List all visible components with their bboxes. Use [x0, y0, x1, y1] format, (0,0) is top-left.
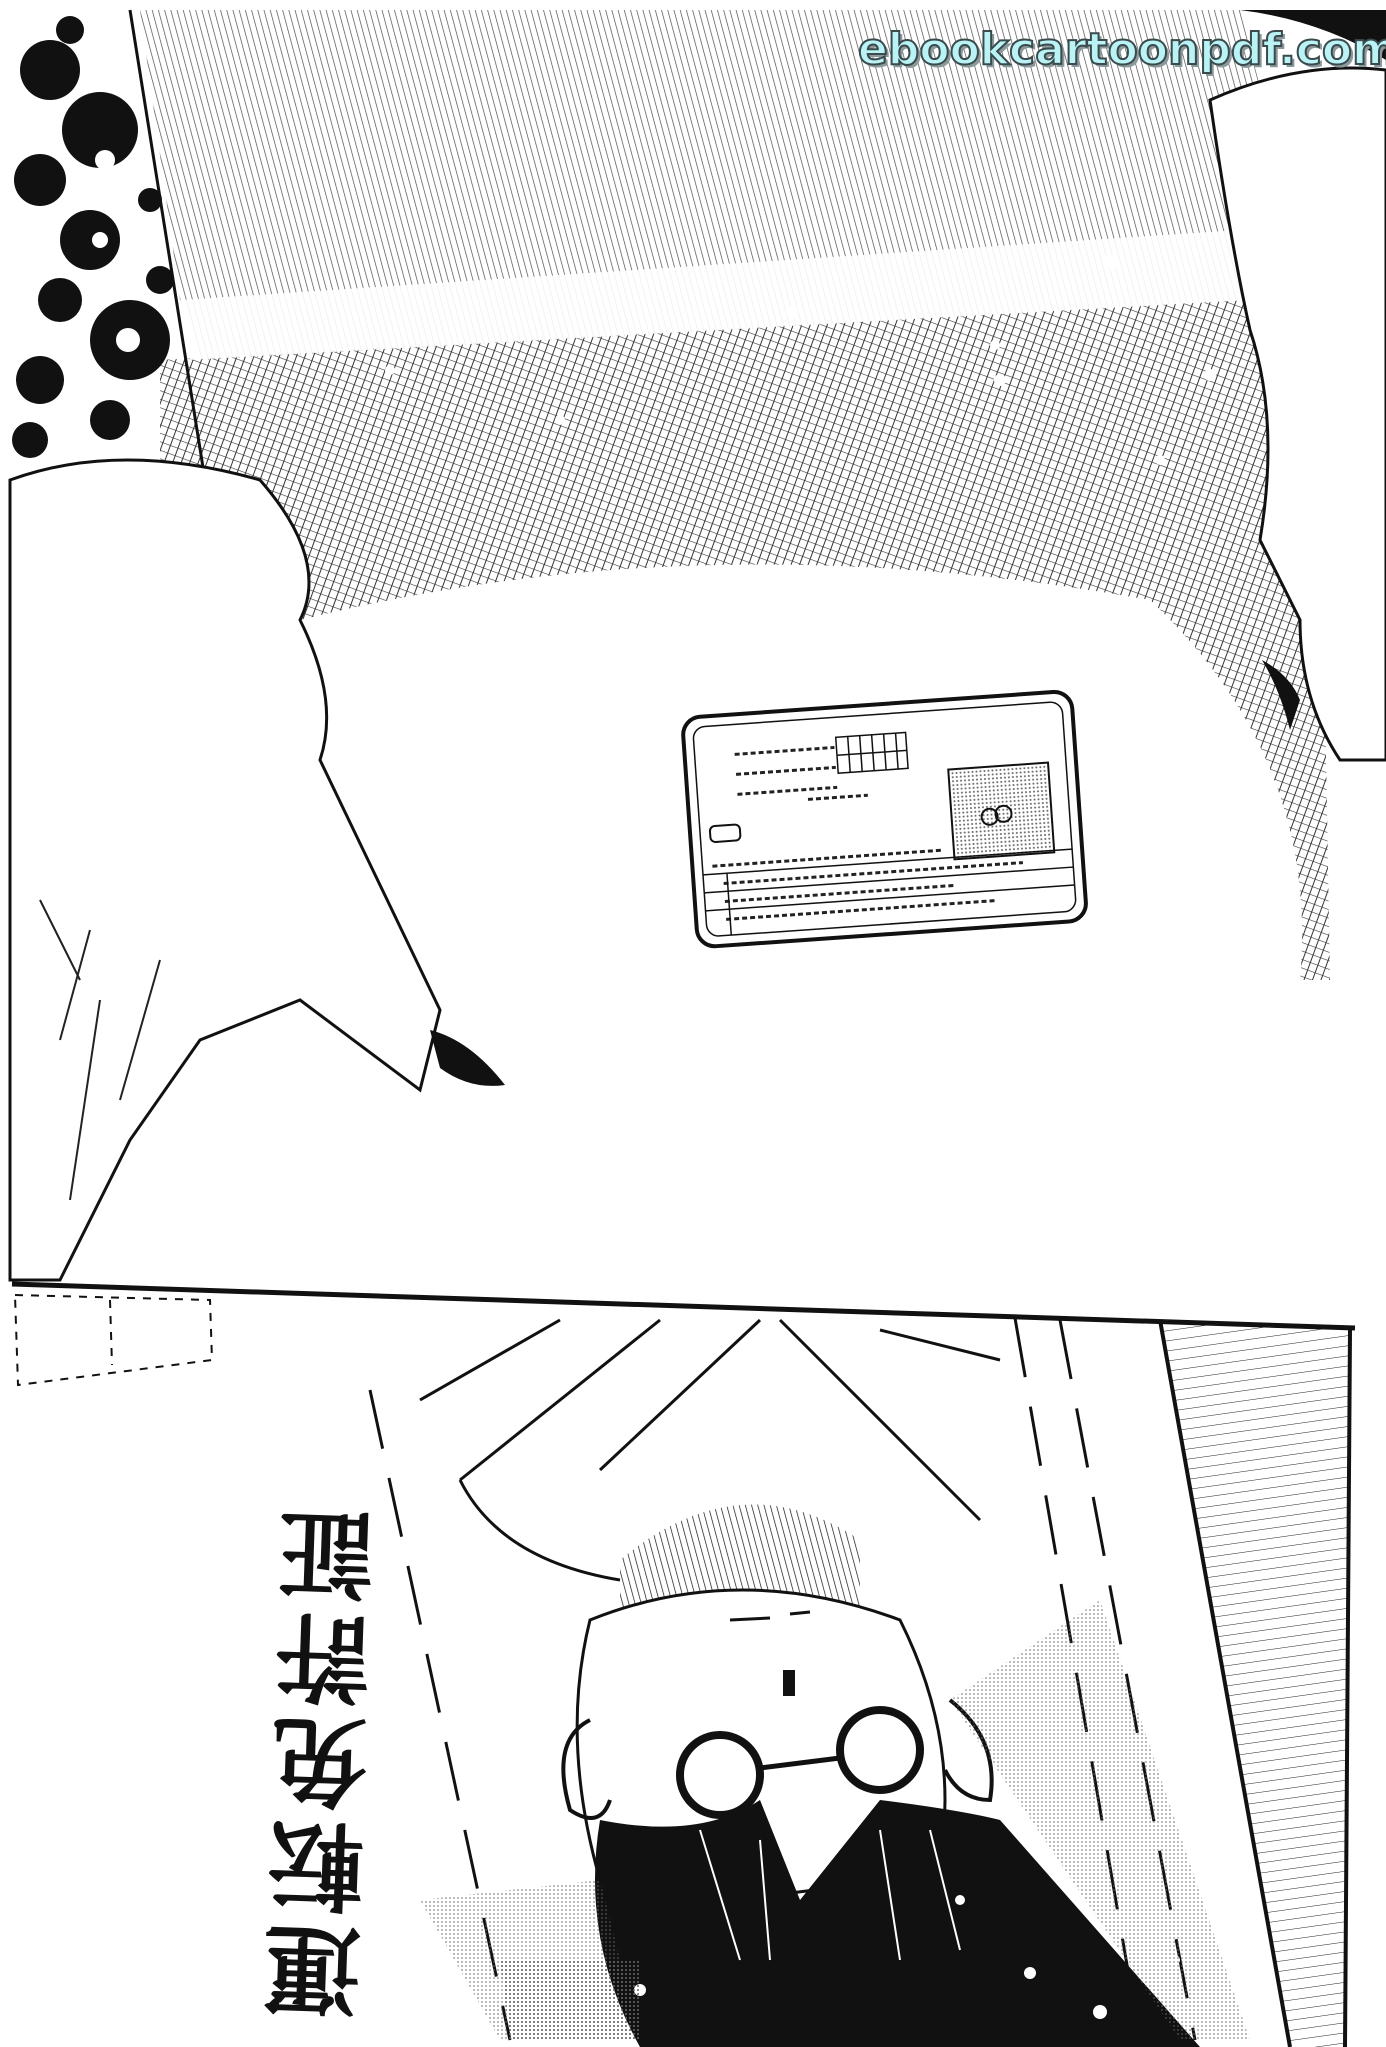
upper-panel: [10, 10, 1386, 1328]
manga-page: ebookcartoonpdf.com 運転免許証: [0, 0, 1386, 2047]
panel-border: [12, 1284, 1355, 1328]
newspaper-headline: 運転免許証: [259, 1398, 401, 2022]
watermark: ebookcartoonpdf.com: [858, 24, 1386, 75]
manga-artwork: [0, 0, 1386, 2047]
lower-panel: [15, 1295, 1350, 2047]
nail: [430, 1030, 505, 1086]
card-photo: [948, 763, 1054, 860]
drivers-license-card: [682, 691, 1087, 948]
